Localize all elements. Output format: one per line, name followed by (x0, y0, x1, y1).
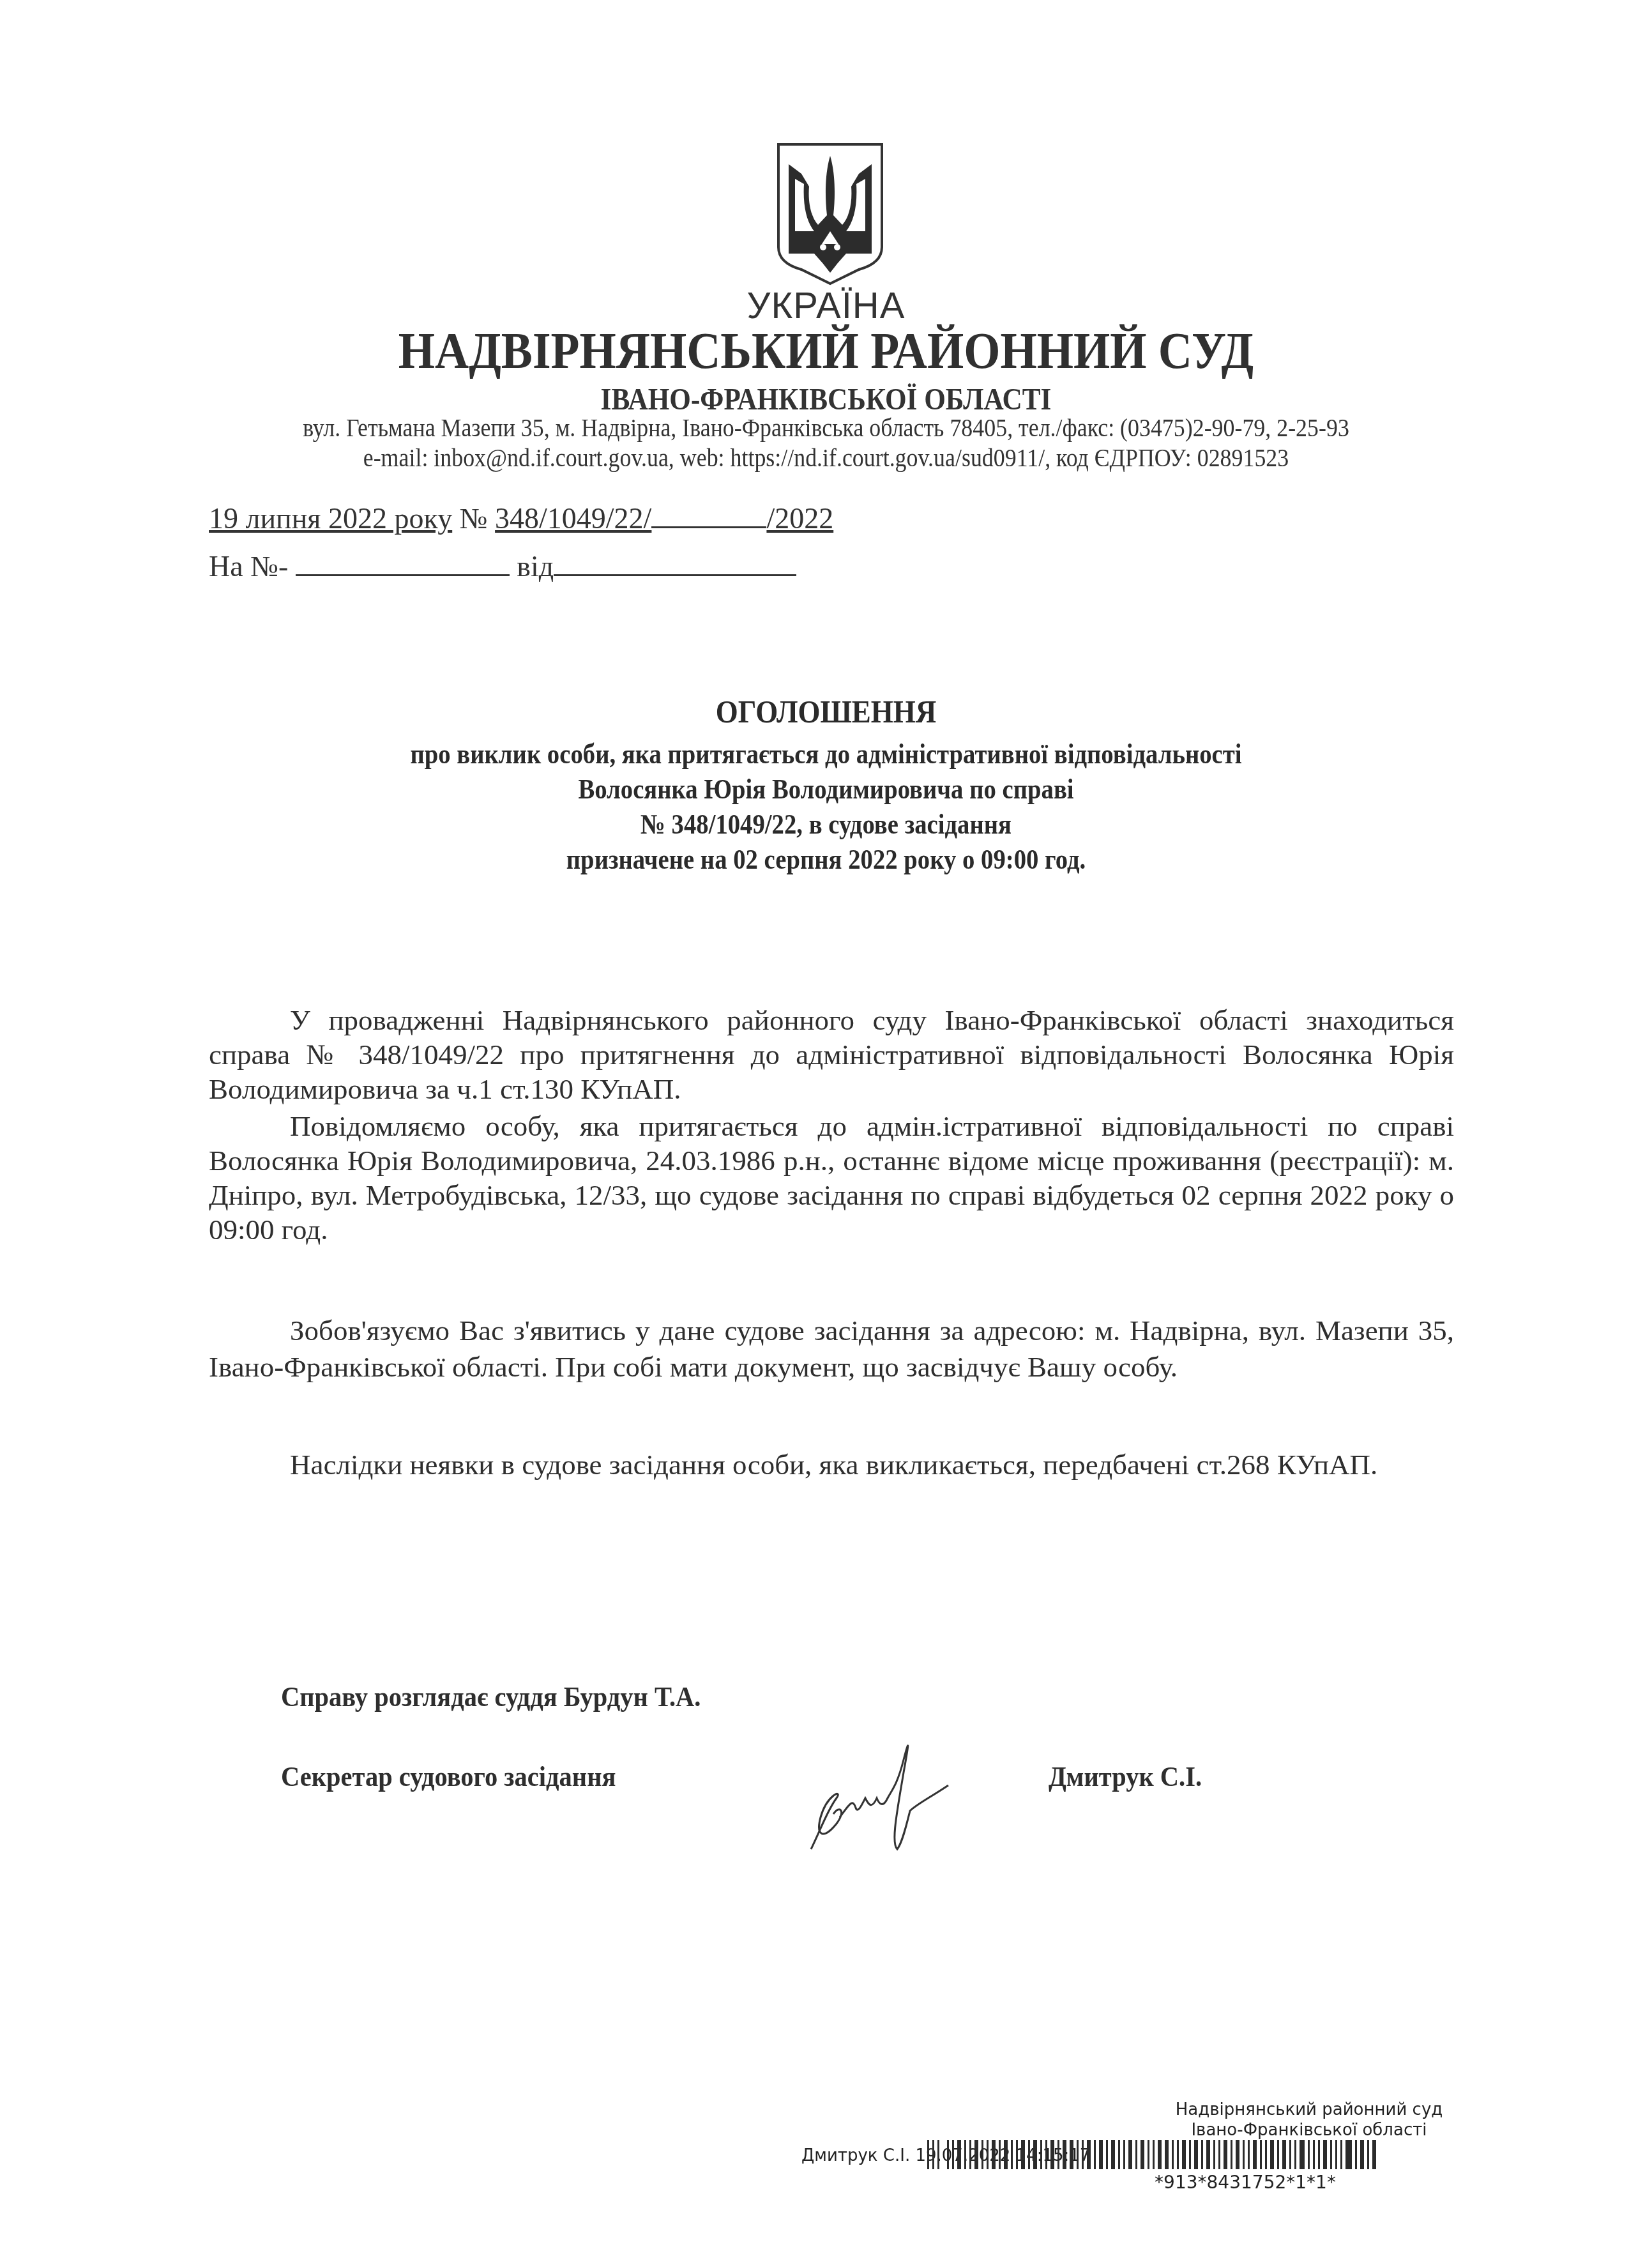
notice-title: ОГОЛОШЕННЯ (82, 693, 1569, 730)
court-name: НАДВІРНЯНСЬКИЙ РАЙОННИЙ СУД (66, 323, 1586, 381)
secretary-name: Дмитрук С.І. (1049, 1760, 1202, 1793)
court-address: вул. Гетьмана Мазепи 35, м. Надвірна, Ів… (66, 414, 1586, 443)
outgoing-reference: 19 липня 2022 року № 348/1049/22//2022 (209, 501, 833, 535)
handwritten-signature-icon (801, 1734, 1012, 1862)
judge-line: Справу розглядає суддя Бурдун Т.А. (281, 1680, 701, 1713)
notice-subtitle-line: призначене на 02 серпня 2022 року о 09:0… (99, 843, 1553, 876)
notice-subtitle-line: Волосянка Юрія Володимировича по справі (99, 773, 1553, 805)
barcode-number: *913*8431752*1*1* (1086, 2172, 1405, 2193)
body-section: Зобов'язуємо Вас з'явитись у дане судове… (209, 1313, 1454, 1385)
from-label: від (517, 550, 554, 583)
reply-number-blank (296, 551, 510, 576)
body-section: У провадженні Надвірнянського районного … (209, 1003, 1454, 1247)
reference-number: 348/1049/22/ (495, 502, 651, 535)
reply-label: На №- (209, 550, 288, 583)
barcode (927, 2140, 1527, 2169)
body-section: Наслідки неявки в судове засідання особи… (209, 1447, 1454, 1483)
stamp-court-line: Надвірнянський районний суд (1175, 2100, 1443, 2119)
body-paragraph: Повідомляємо особу, яка притягається до … (209, 1109, 1454, 1247)
notice-subtitle-line: № 348/1049/22, в судове засідання (99, 808, 1553, 841)
body-paragraph: У провадженні Надвірнянського районного … (209, 1003, 1454, 1106)
reference-number-blank (651, 503, 766, 528)
court-contacts: e-mail: inbox@nd.if.court.gov.ua, web: h… (66, 444, 1586, 473)
notice-subtitle-line: про виклик особи, яка притягається до ад… (99, 738, 1553, 770)
stamp-region-line: Івано-Франківської області (1175, 2121, 1443, 2140)
country-name: УКРАЇНА (0, 284, 1652, 327)
reference-number-label: № (460, 502, 488, 535)
reference-number-suffix: /2022 (766, 502, 833, 535)
reference-date: 19 липня 2022 року (209, 502, 452, 535)
reply-date-blank (554, 551, 796, 576)
court-region: ІВАНО-ФРАНКІВСЬКОЇ ОБЛАСТІ (82, 382, 1569, 417)
body-paragraph: Зобов'язуємо Вас з'явитись у дане судове… (209, 1313, 1454, 1385)
incoming-reference: На №- від (209, 549, 796, 583)
secretary-label: Секретар судового засідання (281, 1760, 616, 1793)
body-paragraph: Наслідки неявки в судове засідання особи… (209, 1447, 1454, 1483)
coat-of-arms-icon (776, 142, 884, 286)
